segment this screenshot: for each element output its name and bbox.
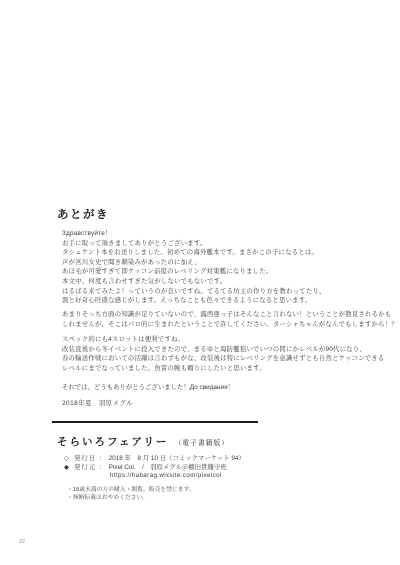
text-line: 本文中、何度も言わせすぎた気がしないでもないです。: [62, 277, 326, 287]
filled-diamond-icon: ◆: [64, 463, 74, 472]
text-line: はるばる来てみたよ！っていうのが良いですね。てるてる坊主の作り方を教わってたり、: [62, 287, 326, 297]
text-line: スペック的にも4スロットは便利ですね。: [62, 335, 385, 345]
author-signature: 2018年夏 羽原メグル: [62, 398, 133, 407]
edition-label: （電子書籍版）: [175, 440, 230, 447]
text-line: タシュケント本をお送りしました。初めての海外艦本です。まさかこの子になるとは。: [62, 248, 326, 258]
text-line: 春の輸送作戦においての活躍は言わずもがな、改装後は特にレベリングを意識せずとも自…: [62, 354, 385, 364]
no-reproduction-note: ・無断転載はおやめください。: [67, 495, 195, 503]
publication-date-row: ◇発行日：2018 年 8 月 10 日（コミックマーケット 94）: [64, 454, 245, 463]
book-title: そらいろフェアリー: [57, 436, 169, 448]
afterword-heading: あとがき: [57, 206, 109, 222]
hollow-diamond-icon: ◇: [64, 454, 74, 463]
publisher-row: ◆発行元：Pixel Col. / 羽原メグル＠棚田貴織守班: [64, 463, 245, 472]
afterword-paragraph-2: あまりそっち方面の知識が足りていないので、露西亜っ子はそんなこと言わない！という…: [62, 310, 398, 329]
circle-website-url: https://habarag.wixsite.com/pixelcol: [110, 472, 222, 479]
text-line: 改装直後から冬イベントに投入できたので、まるゆと海防艦狙いでいつの間にかレベルが…: [62, 345, 385, 355]
afterword-paragraph-3: スペック的にも4スロットは便利ですね。 改装直後から冬イベントに投入できたので、…: [62, 335, 385, 373]
age-restriction-note: ・18歳未満の方の購入・閲覧、販売を禁じます。: [67, 487, 195, 495]
text-line: 声が宮川女史で聞き馴染みがあったのに加え、: [62, 258, 326, 268]
text-line: あまりそっち方面の知識が足りていないので、露西亜っ子はそんなこと言わない！という…: [62, 310, 398, 320]
closing-thanks-line: それでは、どうもありがとうございました！До свидания！: [62, 382, 234, 391]
text-line: Здравствуйте！: [62, 229, 326, 239]
page-number: 22: [19, 539, 25, 545]
publication-date-value: 2018 年 8 月 10 日（コミックマーケット 94）: [109, 455, 245, 462]
colophon-details: ◇発行日：2018 年 8 月 10 日（コミックマーケット 94） ◆発行元：…: [64, 454, 245, 472]
text-line: しれませんが、そこはパロ的に生まれたということで許してください。ターシャちゃんが…: [62, 320, 398, 330]
text-line: あほ毛が可愛すぎて即ケッコン前提のレベリング対策艦になりました。: [62, 267, 326, 277]
horizontal-divider: [52, 421, 258, 423]
publisher-label: 発行元: [74, 464, 96, 471]
afterword-page: あとがき Здравствуйте！ お手に取って頂きましてありがとうございます…: [0, 0, 400, 565]
text-line: レベルにまでなっていました。魚雷の腕も頼りにしたいと思います。: [62, 364, 385, 374]
text-line: お手に取って頂きましてありがとうございます。: [62, 239, 326, 249]
text-line: 割と好奇心旺盛な感じがします。えっちなことも色々できるようになると思います。: [62, 296, 326, 306]
colophon-title-row: そらいろフェアリー（電子書籍版）: [57, 432, 229, 450]
legal-notes: ・18歳未満の方の購入・閲覧、販売を禁じます。 ・無断転載はおやめください。: [67, 487, 195, 503]
colon-separator: ：: [99, 464, 105, 471]
publisher-value: Pixel Col. / 羽原メグル＠棚田貴織守班: [109, 464, 227, 471]
colon-separator: ：: [99, 455, 105, 462]
publication-date-label: 発行日: [74, 455, 96, 462]
afterword-paragraph-1: Здравствуйте！ お手に取って頂きましてありがとうございます。 タシュ…: [62, 229, 326, 306]
